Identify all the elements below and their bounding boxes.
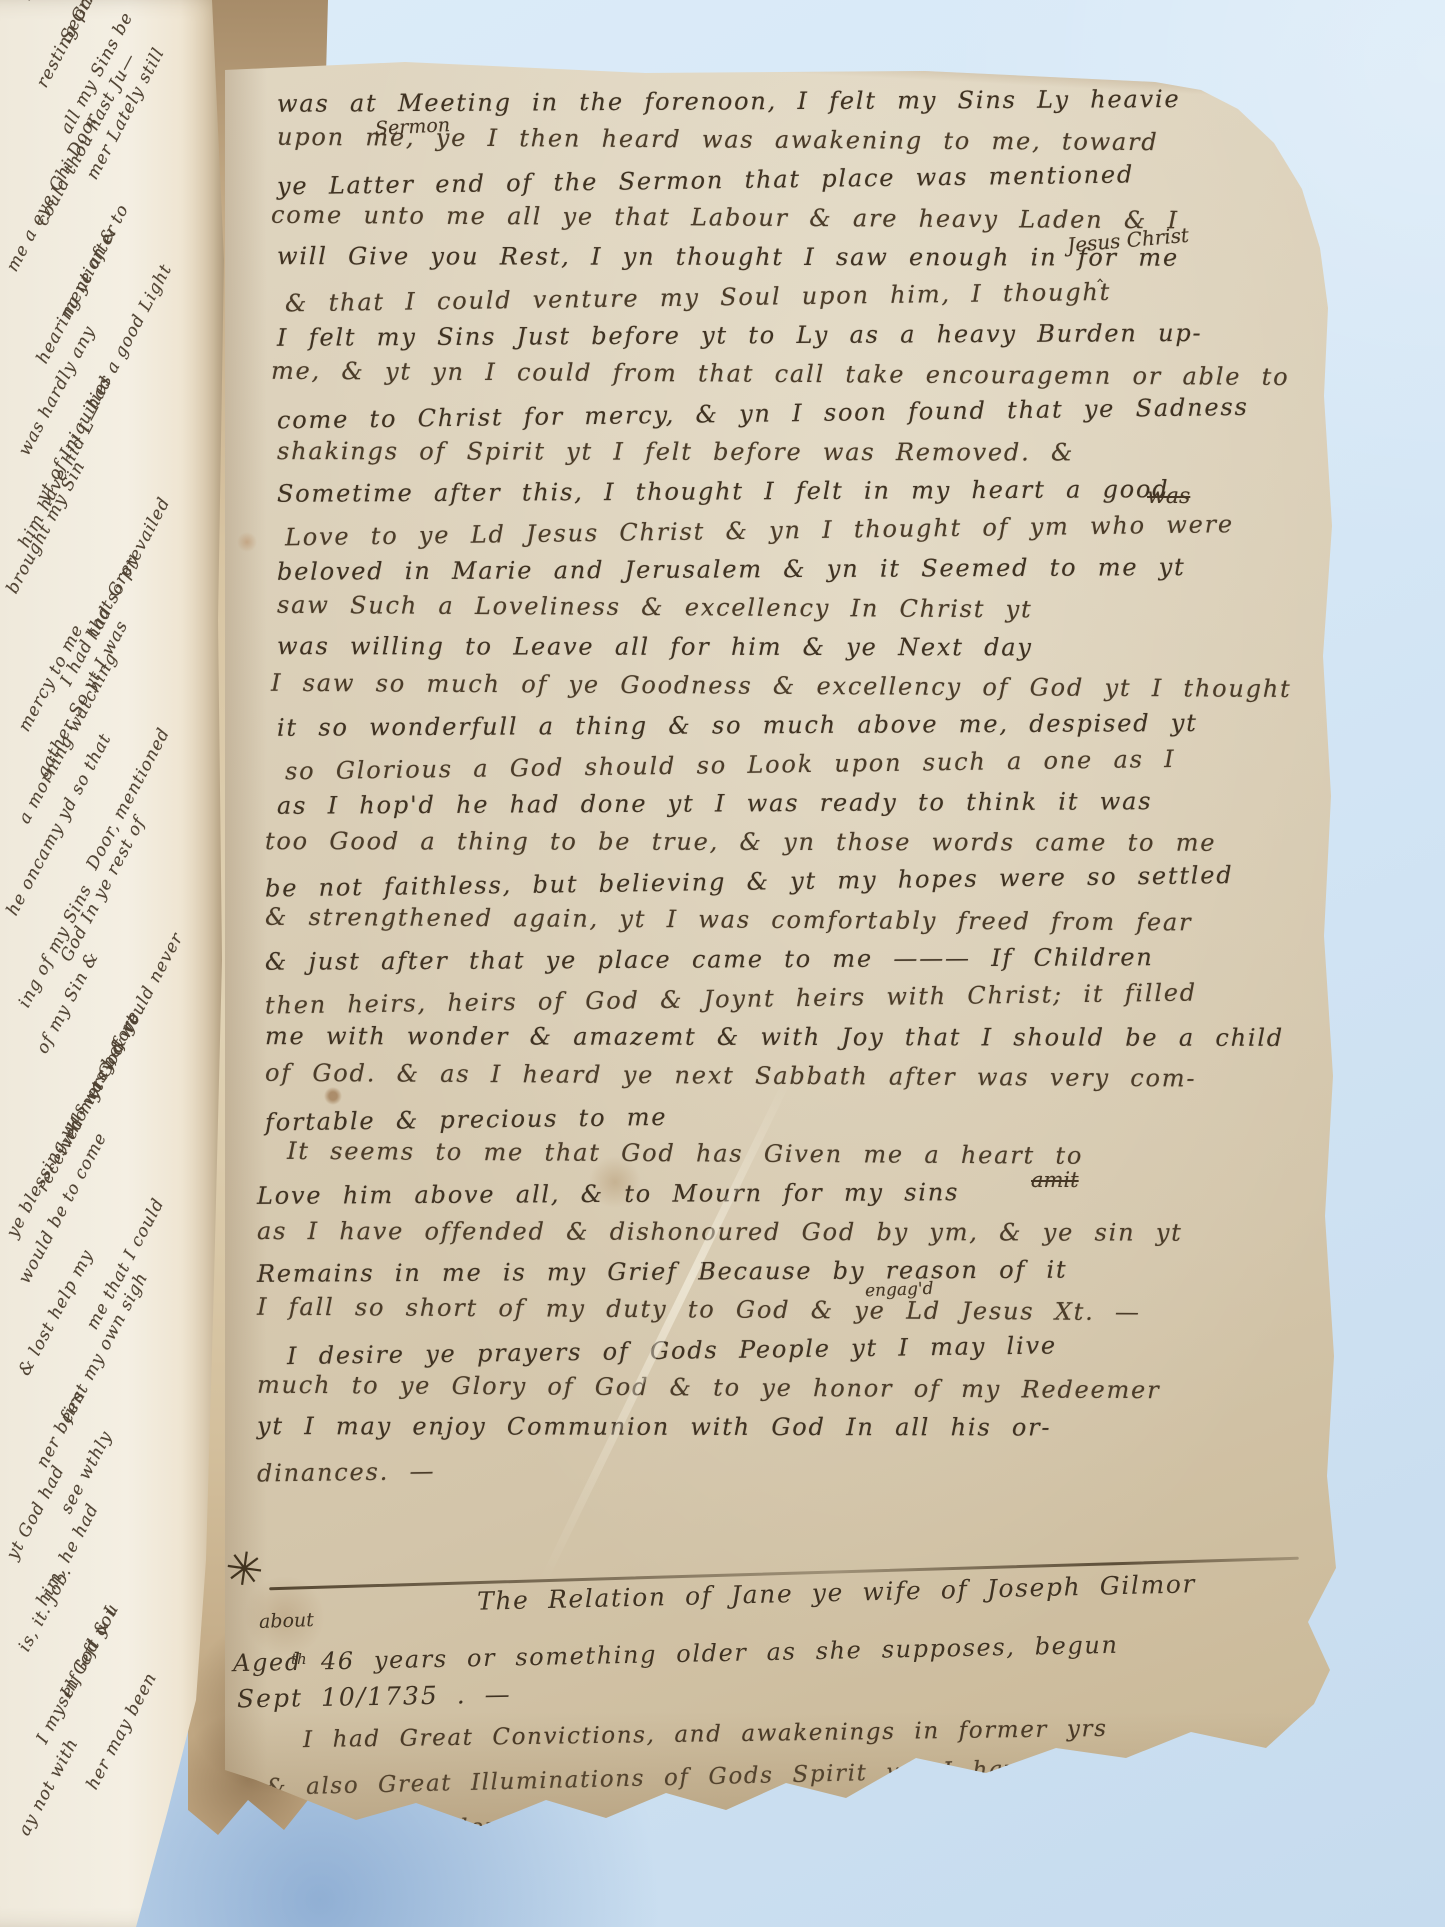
struck-through-word: amit [1031, 1168, 1079, 1192]
manuscript-line: was willing to Leave all for him & ye Ne… [277, 627, 1337, 668]
manuscript-line: dinances. — [257, 1439, 1337, 1493]
manuscript-fragment-line: he oncamy yd so that [4, 892, 232, 938]
manuscript-line: Remains in me is my Grief Because by rea… [257, 1249, 1337, 1294]
manuscript-fragment-line: yt God had [4, 1536, 232, 1582]
manuscript-line: & strengthened again, yt I was comfortab… [265, 898, 1337, 944]
manuscript-line: me with wonder & amazemt & with Joy that… [265, 1017, 1337, 1058]
interlinear-insertion-engaged: engag'd [865, 1279, 934, 1301]
manuscript-line: beloved in Marie and Jerusalem & yn it S… [277, 547, 1337, 592]
manuscript-line: saw Such a Loveliness & excellency In Ch… [277, 586, 1337, 631]
manuscript-line: shakings of Spirit yt I felt before was … [277, 432, 1337, 473]
caret-mark: ‸ [1097, 262, 1103, 283]
inserted-word-about: about [259, 1609, 315, 1633]
manuscript-line: much to ye Glory of God & to ye honor of… [257, 1366, 1337, 1412]
manuscript-line: I felt my Sins Just before yt to Ly as a… [277, 313, 1337, 358]
relation-title: The Relation of Jane ye wife of Joseph G… [477, 1569, 1197, 1616]
manuscript-page: was at Meeting in the forenoon, I felt m… [225, 56, 1343, 1862]
date-superscript: th [291, 1650, 307, 1668]
date-line: Sept 10/1735 . — [237, 1680, 512, 1714]
manuscript-fragment-line: mer Lately still [84, 156, 232, 202]
manuscript-line: as I have offended & dishonoured God by … [257, 1212, 1337, 1253]
manuscript-line: as I hop'd he had done yt I was ready to… [277, 781, 1337, 826]
age-line: Aged 46 years or something older as she … [233, 1631, 1119, 1678]
photo-of-manuscript: { "colors": { "backdrop_blue": "#d4e6f5"… [0, 0, 1445, 1927]
previous-page-curled: John Rob— Sepr: 6. 1735 resting Gales at… [0, 0, 232, 1927]
manuscript-fragment-line: me a eye Chi Door [4, 248, 232, 294]
struck-through-word: was [1147, 484, 1190, 509]
manuscript-body-text: was at Meeting in the forenoon, I felt m… [277, 82, 1337, 1486]
manuscript-fragment-line: ner been [34, 1444, 232, 1490]
manuscript-line: Love him above all, & to Mourn for my si… [257, 1171, 1337, 1216]
manuscript-fragment-line: could thou hast Ju— [34, 202, 232, 248]
previous-page-text: John Rob— Sepr: 6. 1735 resting Gales at… [0, 0, 232, 1858]
manuscript-fragment-line: & lost help my [16, 1352, 232, 1398]
manuscript-line: I saw so much of ye Goodness & excellenc… [271, 664, 1337, 710]
manuscript-line: It seems to me that God has Given me a h… [257, 1132, 1337, 1178]
interlinear-insertion-sermon: Sermon [374, 114, 450, 140]
asterisk-star-mark: ✳ [221, 1540, 267, 1599]
